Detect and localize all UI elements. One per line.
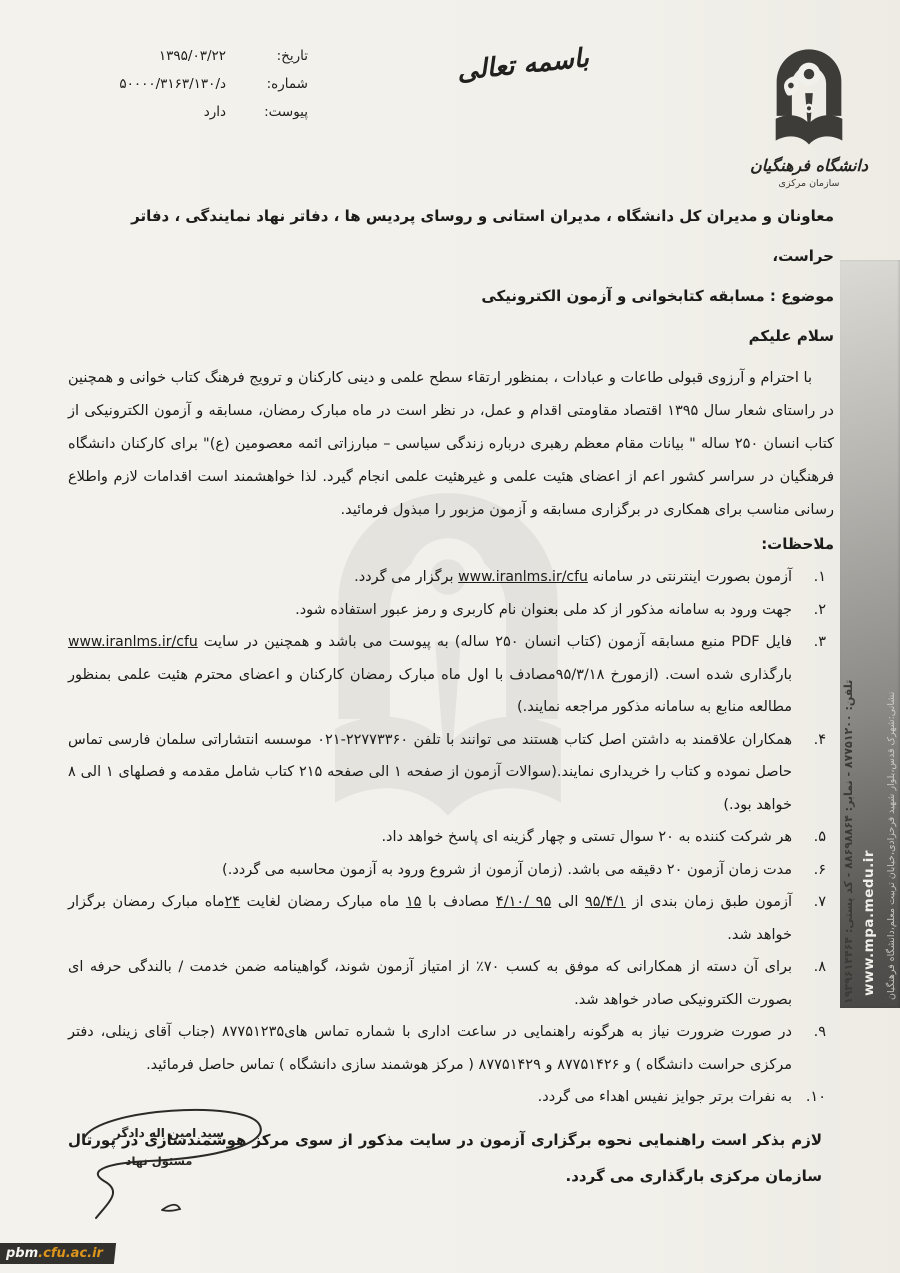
note-text: آزمون طبق زمان بندی از ۹۵/۴/۱ الی ۹۵ /۴/…	[68, 894, 792, 943]
subject-line: موضوع : مسابقه کتابخوانی و آزمون الکترون…	[68, 276, 834, 316]
note-number: ۶.	[814, 854, 826, 887]
note-text: فایل PDF منبع مسابقه آزمون (کتاب انسان ۲…	[68, 634, 792, 715]
note-number: ۴.	[814, 724, 826, 757]
note-segment: منبع مسابقه آزمون (کتاب انسان ۲۵۰ ساله) …	[198, 634, 732, 650]
note-number: ۱۰.	[806, 1081, 826, 1114]
note-segment: PDF	[731, 634, 759, 650]
note-link[interactable]: www.iranlms.ir/cfu	[68, 634, 198, 650]
note-segment: برای آن دسته از همکارانی که موفق به کسب …	[68, 959, 792, 1008]
note-segment: مصادف با	[421, 894, 495, 910]
note-item: ۹. در صورت ضرورت نیاز به هرگونه راهنمایی…	[68, 1016, 834, 1081]
note-segment: ۹۵ /۴/۱۰	[496, 894, 551, 910]
note-item: ۲. جهت ورود به سامانه مذکور از کد ملی بع…	[68, 594, 834, 627]
note-text: مدت زمان آزمون ۲۰ دقیقه می باشد. (زمان آ…	[222, 862, 792, 878]
note-number: ۷.	[814, 886, 826, 919]
note-segment: الی	[551, 894, 585, 910]
note-item: ۴. همکاران علاقمند به داشتن اصل کتاب هست…	[68, 724, 834, 822]
note-number: ۱.	[814, 561, 826, 594]
note-segment: بارگذاری شده است. (ازمورخ ۹۵/۳/۱۸مصادف ب…	[68, 667, 792, 716]
letterhead-address: نشانی:شهرک قدس،بلوار شهید فرحزادی،خیابان…	[886, 692, 897, 1000]
note-segment: آزمون طبق زمان بندی از	[626, 894, 792, 910]
note-segment: ۹۵/۴/۱	[585, 894, 626, 910]
note-segment: همکاران علاقمند به داشتن اصل کتاب هستند …	[68, 732, 792, 813]
note-text: همکاران علاقمند به داشتن اصل کتاب هستند …	[68, 732, 792, 813]
meta-date-row: تاریخ: ۱۳۹۵/۰۳/۲۲	[58, 48, 308, 64]
note-item: ۶. مدت زمان آزمون ۲۰ دقیقه می باشد. (زما…	[68, 854, 834, 887]
meta-attachment-row: پیوست: دارد	[58, 104, 308, 120]
letter-page: تاریخ: ۱۳۹۵/۰۳/۲۲ شماره: د/۵۰۰۰۰/۳۱۶۳/۱۳…	[0, 0, 900, 1273]
body-paragraph: با احترام و آرزوی قبولی طاعات و عبادات ،…	[68, 362, 834, 527]
note-text: به نفرات برتر جوایز نفیس اهداء می گردد.	[538, 1089, 792, 1105]
note-text: آزمون بصورت اینترنتی در سامانه www.iranl…	[354, 569, 792, 585]
note-number: ۲.	[814, 594, 826, 627]
addressee-line: معاونان و مدیران کل دانشگاه ، مدیران است…	[68, 196, 834, 276]
note-link[interactable]: www.iranlms.ir/cfu	[458, 569, 588, 585]
site-suffix: .cfu.ac.ir	[38, 1246, 103, 1261]
note-item: ۳. فایل PDF منبع مسابقه آزمون (کتاب انسا…	[68, 626, 834, 724]
note-segment: مدت زمان آزمون ۲۰ دقیقه می باشد. (زمان آ…	[222, 862, 792, 878]
letter-content: معاونان و مدیران کل دانشگاه ، مدیران است…	[68, 196, 834, 1194]
signature-title: مسئول نهاد	[84, 1154, 234, 1168]
note-segment: آزمون بصورت اینترنتی در سامانه	[588, 569, 792, 585]
note-number: ۹.	[814, 1016, 826, 1049]
date-value: ۱۳۹۵/۰۳/۲۲	[159, 48, 226, 64]
note-segment: در صورت ضرورت نیاز به هرگونه راهنمایی در…	[68, 1024, 792, 1073]
bismillah-calligraphy: باسمه تعالی	[447, 42, 599, 88]
note-item: ۵. هر شرکت کننده به ۲۰ سوال تستی و چهار …	[68, 821, 834, 854]
notes-heading: ملاحظات:	[68, 527, 834, 561]
letterhead-website[interactable]: www.mpa.medu.ir	[861, 850, 877, 996]
attachment-label: پیوست:	[252, 104, 308, 120]
signature-name: سید امین اله دادگر	[84, 1126, 254, 1140]
note-number: ۵.	[814, 821, 826, 854]
meta-number-row: شماره: د/۵۰۰۰۰/۳۱۶۳/۱۳۰	[58, 76, 308, 92]
letterhead-contact: تلفن: ۸۷۷۵۱۲۰۰ - نمابر: ۸۸۶۹۸۸۶۴ - کد پس…	[842, 680, 855, 1004]
notes-list: ۱. آزمون بصورت اینترنتی در سامانه www.ir…	[68, 561, 834, 1114]
note-item: ۱. آزمون بصورت اینترنتی در سامانه www.ir…	[68, 561, 834, 594]
note-segment: برگزار می گردد.	[354, 569, 458, 585]
signature-block: سید امین اله دادگر مسئول نهاد	[44, 1098, 294, 1228]
number-value: د/۵۰۰۰۰/۳۱۶۳/۱۳۰	[119, 76, 226, 92]
letter-meta: تاریخ: ۱۳۹۵/۰۳/۲۲ شماره: د/۵۰۰۰۰/۳۱۶۳/۱۳…	[58, 48, 308, 132]
note-number: ۸.	[814, 951, 826, 984]
note-segment: ۲۴	[224, 894, 240, 910]
note-segment: جهت ورود به سامانه مذکور از کد ملی بعنوا…	[295, 602, 792, 618]
number-label: شماره:	[252, 76, 308, 92]
university-emblem-icon	[734, 36, 884, 154]
note-segment: به نفرات برتر جوایز نفیس اهداء می گردد.	[538, 1089, 792, 1105]
note-text: هر شرکت کننده به ۲۰ سوال تستی و چهار گزی…	[381, 829, 792, 845]
org-unit: سازمان مرکزی	[734, 178, 884, 189]
salutation-line: سلام علیکم	[68, 316, 834, 356]
note-text: برای آن دسته از همکارانی که موفق به کسب …	[68, 959, 792, 1008]
note-item: ۸. برای آن دسته از همکارانی که موفق به ک…	[68, 951, 834, 1016]
note-segment: ماه مبارک رمضان لغایت	[240, 894, 406, 910]
attachment-value: دارد	[204, 104, 226, 120]
note-item: ۷. آزمون طبق زمان بندی از ۹۵/۴/۱ الی ۹۵ …	[68, 886, 834, 951]
site-badge-text: pbm.cfu.ac.ir	[6, 1246, 103, 1261]
org-name: دانشگاه فرهنگیان	[734, 156, 884, 175]
site-prefix: pbm	[6, 1246, 38, 1261]
note-text: در صورت ضرورت نیاز به هرگونه راهنمایی در…	[68, 1024, 792, 1073]
university-logo: دانشگاه فرهنگیان سازمان مرکزی	[734, 36, 884, 189]
site-badge: pbm.cfu.ac.ir	[0, 1243, 116, 1264]
note-text: جهت ورود به سامانه مذکور از کد ملی بعنوا…	[295, 602, 792, 618]
note-segment: هر شرکت کننده به ۲۰ سوال تستی و چهار گزی…	[381, 829, 792, 845]
note-segment: ۱۵	[406, 894, 422, 910]
note-number: ۳.	[814, 626, 826, 659]
date-label: تاریخ:	[252, 48, 308, 64]
letterhead-side-strip: نشانی:شهرک قدس،بلوار شهید فرحزادی،خیابان…	[840, 260, 900, 1008]
note-segment: فایل	[760, 634, 792, 650]
